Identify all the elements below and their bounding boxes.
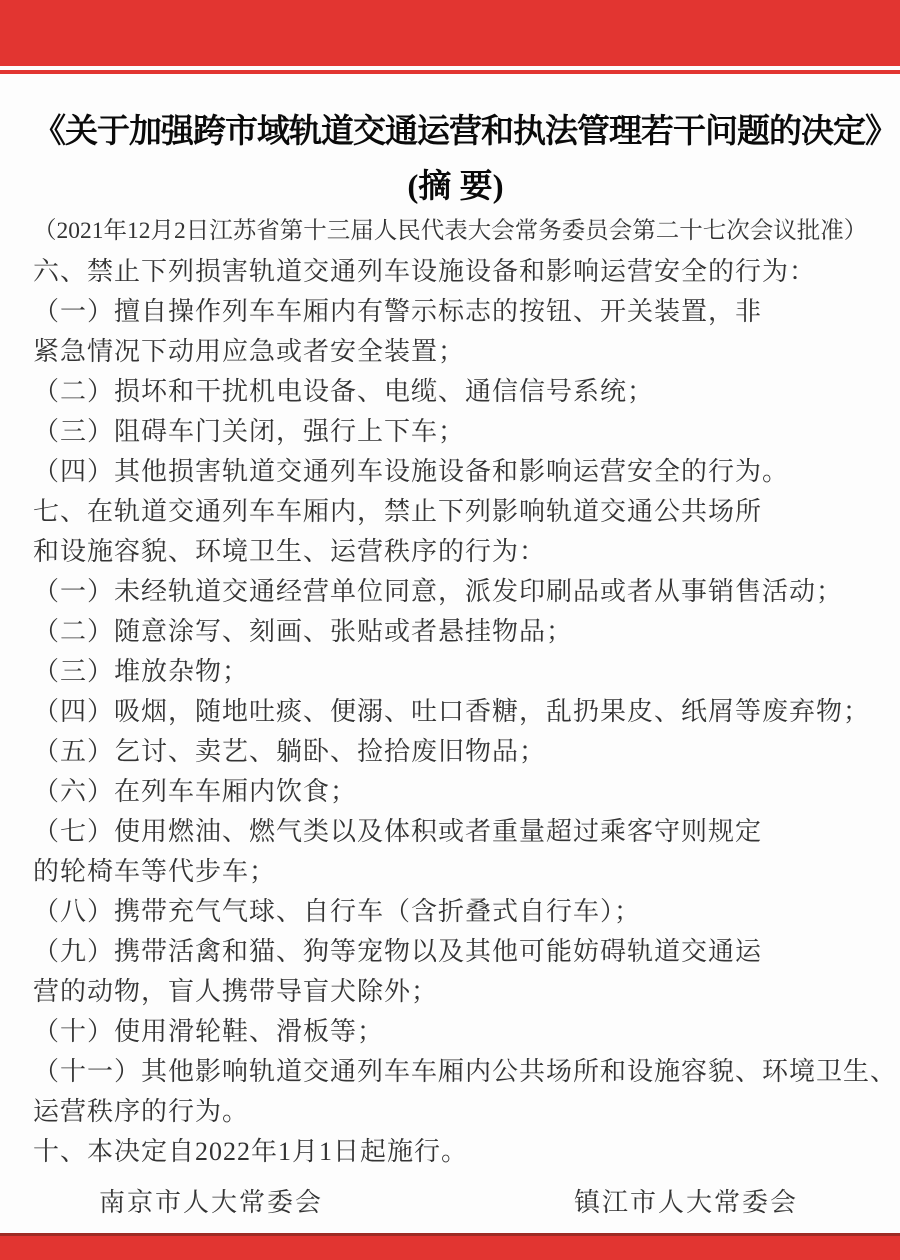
body-line: （一）未经轨道交通经营单位同意，派发印刷品或者从事销售活动；: [33, 572, 878, 612]
body-line: （六）在列车车厢内饮食；: [33, 772, 878, 812]
signature-row: 南京市人大常委会 镇江市人大常委会: [33, 1172, 878, 1219]
body-line: （十）使用滑轮鞋、滑板等；: [33, 1012, 878, 1052]
body-line: （三）堆放杂物；: [33, 652, 878, 692]
body-line: （十一）其他影响轨道交通列车车厢内公共场所和设施容貌、环境卫生、: [33, 1052, 878, 1092]
body-line: （二）随意涂写、刻画、张贴或者悬挂物品；: [33, 612, 878, 652]
approval-line: （2021年12月2日江苏省第十三届人民代表大会常务委员会第二十七次会议批准）: [33, 210, 878, 252]
body-line: （四）吸烟，随地吐痰、便溺、吐口香糖，乱扔果皮、纸屑等废弃物；: [33, 692, 878, 732]
body-line: （八）携带充气气球、自行车（含折叠式自行车）；: [33, 892, 878, 932]
top-red-rule: [0, 70, 900, 74]
body-line: （七）使用燃油、燃气类以及体积或者重量超过乘客守则规定: [33, 812, 878, 852]
body-line: 七、在轨道交通列车车厢内，禁止下列影响轨道交通公共场所: [33, 492, 878, 532]
body-line: 十、本决定自2022年1月1日起施行。: [33, 1132, 878, 1172]
body-line: （四）其他损害轨道交通列车设施设备和影响运营安全的行为。: [33, 452, 878, 492]
body-line: 的轮椅车等代步车；: [33, 852, 878, 892]
bottom-red-band: [0, 1233, 900, 1260]
body-line: （一）擅自操作列车车厢内有警示标志的按钮、开关装置，非: [33, 292, 878, 332]
document-title: 《关于加强跨市域轨道交通运营和执法管理若干问题的决定》: [33, 106, 878, 158]
body-line: （二）损坏和干扰机电设备、电缆、通信信号系统；: [33, 372, 878, 412]
document-subtitle: (摘 要): [33, 164, 878, 210]
body-line: 运营秩序的行为。: [33, 1092, 878, 1132]
signature-left: 南京市人大常委会: [99, 1182, 323, 1219]
body-line: （九）携带活禽和猫、狗等宠物以及其他可能妨碍轨道交通运: [33, 932, 878, 972]
body-line: （五）乞讨、卖艺、躺卧、捡拾废旧物品；: [33, 732, 878, 772]
body-line: 紧急情况下动用应急或者安全装置；: [33, 332, 878, 372]
top-red-band: [0, 0, 900, 66]
body-line: （三）阻碍车门关闭，强行上下车；: [33, 412, 878, 452]
signature-right: 镇江市人大常委会: [574, 1182, 798, 1219]
body-text: 六、禁止下列损害轨道交通列车设施设备和影响运营安全的行为： （一）擅自操作列车车…: [33, 252, 878, 1172]
document-page: 《关于加强跨市域轨道交通运营和执法管理若干问题的决定》 (摘 要) （2021年…: [33, 106, 878, 1219]
body-line: 和设施容貌、环境卫生、运营秩序的行为：: [33, 532, 878, 572]
body-line: 营的动物，盲人携带导盲犬除外；: [33, 972, 878, 1012]
body-line: 六、禁止下列损害轨道交通列车设施设备和影响运营安全的行为：: [33, 252, 878, 292]
